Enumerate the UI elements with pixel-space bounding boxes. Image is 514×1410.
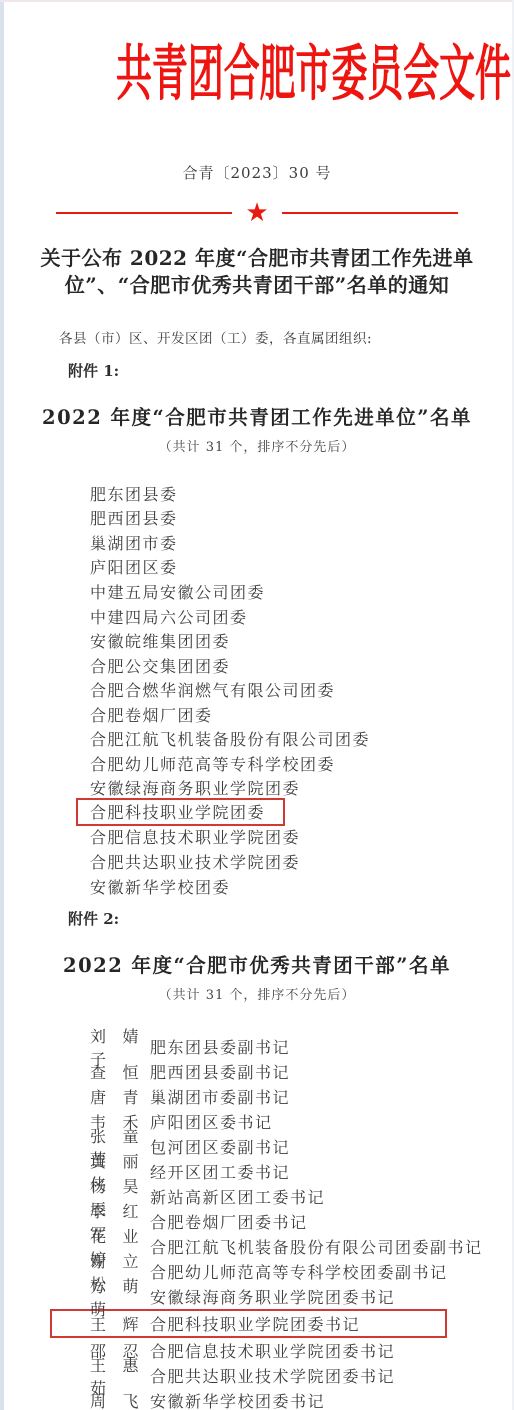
unit-list-item: 安徽皖维集团团委	[90, 628, 514, 653]
outstanding-cadre-list: 刘婧子肥东团县委副书记查恒肥西团县委副书记唐青巢湖团市委副书记韦禾庐阳团区委书记…	[0, 1034, 514, 1410]
divider-line-left	[56, 212, 232, 214]
unit-list-item: 肥东团县委	[90, 481, 514, 506]
cadre-list-item: 花业婷合肥江航飞机装备股份有限公司团委副书记	[90, 1234, 514, 1259]
cadre-position: 庐阳团区委书记	[150, 1110, 273, 1133]
unit-name: 合肥公交集团团委	[90, 654, 230, 677]
cadre-position: 巢湖团市委副书记	[150, 1085, 290, 1108]
cadre-list-item: 张童莲包河团区委副书记	[90, 1134, 514, 1159]
unit-name: 合肥共达职业技术学院团委	[90, 850, 300, 873]
cadre-name: 唐青	[90, 1085, 140, 1108]
screenshot-edge-top	[0, 0, 514, 2]
unit-name: 安徽皖维集团团委	[90, 629, 230, 652]
cadre-list-item: 韦禾庐阳团区委书记	[90, 1109, 514, 1134]
unit-name: 庐阳团区委	[90, 555, 178, 578]
unit-list-item: 合肥江航飞机装备股份有限公司团委	[90, 726, 514, 751]
highlighted-unit-box: 合肥科技职业学院团委	[76, 798, 285, 826]
unit-name: 中建四局六公司团委	[90, 605, 248, 628]
cadre-list-item: 王惠茹合肥共达职业技术学院团委书记	[90, 1363, 514, 1388]
unit-list-item: 中建五局安徽公司团委	[90, 579, 514, 604]
cadre-name: 王辉	[90, 1312, 140, 1335]
addressee-line: 各县（市）区、开发区团（工）委，各直属团组织:	[59, 327, 514, 347]
cadre-list-item: 刘婧子肥东团县委副书记	[90, 1034, 514, 1059]
unit-name: 合肥江航飞机装备股份有限公司团委	[90, 727, 370, 750]
unit-name: 巢湖团市委	[90, 531, 178, 554]
unit-name: 合肥卷烟厂团委	[90, 703, 213, 726]
highlighted-cadre-box: 王辉合肥科技职业学院团委书记	[50, 1309, 447, 1338]
attachment2-subheading: （共计 31 个，排序不分先后）	[0, 984, 514, 1003]
unit-list-item: 巢湖团市委	[90, 530, 514, 555]
attachment2-heading: 2022 年度“合肥市优秀共青团干部”名单	[0, 953, 514, 979]
advanced-unit-list: 肥东团县委肥西团县委巢湖团市委庐阳团区委中建五局安徽公司团委中建四局六公司团委安…	[0, 481, 514, 898]
divider-line-right	[282, 212, 458, 214]
cadre-list-item: 周飞安徽新华学校团委书记	[90, 1388, 514, 1410]
unit-name: 合肥信息技术职业学院团委	[90, 825, 300, 848]
notice-title-line1: 关于公布 2022 年度“合肥市共青团工作先进单	[0, 245, 514, 272]
cadre-list-item: 唐青巢湖团市委副书记	[90, 1084, 514, 1109]
unit-list-item: 合肥卷烟厂团委	[90, 702, 514, 727]
unit-list-item: 合肥合燃华润燃气有限公司团委	[90, 677, 514, 702]
unit-list-item: 合肥信息技术职业学院团委	[90, 825, 514, 850]
document-page: 共青团合肥市委员会文件 合青〔2023〕30 号 ★ 关于公布 2022 年度“…	[0, 0, 514, 1410]
cadre-list-item: 杨昊辰新站高新区团工委书记	[90, 1184, 514, 1209]
unit-list-item: 合肥共达职业技术学院团委	[90, 849, 514, 874]
attachment2-label: 附件 2:	[68, 908, 514, 929]
cadre-position: 肥东团县委副书记	[150, 1035, 290, 1058]
cadre-list-item: 查恒肥西团县委副书记	[90, 1059, 514, 1084]
cadre-position: 合肥卷烟厂团委书记	[150, 1210, 308, 1233]
unit-name: 安徽绿海商务职业学院团委	[90, 776, 300, 799]
header-divider: ★	[56, 200, 458, 226]
notice-title-line2: 位”、“合肥市优秀共青团干部”名单的通知	[0, 272, 514, 299]
cadre-list-item: 邵忍合肥信息技术职业学院团委书记	[90, 1338, 514, 1363]
unit-name: 合肥合燃华润燃气有限公司团委	[90, 678, 335, 701]
attachment1-label: 附件 1:	[68, 360, 514, 381]
unit-list-item: 肥西团县委	[90, 506, 514, 531]
cadre-list-item: 方萌萌安徽绿海商务职业学院团委书记	[90, 1284, 514, 1309]
unit-list-item: 庐阳团区委	[90, 555, 514, 580]
unit-name: 肥东团县委	[90, 482, 178, 505]
cadre-list-item: 谢立松合肥幼儿师范高等专科学校团委副书记	[90, 1259, 514, 1284]
cadre-position: 合肥科技职业学院团委书记	[150, 1312, 360, 1335]
attachment1-heading: 2022 年度“合肥市共青团工作先进单位”名单	[0, 405, 514, 431]
notice-title: 关于公布 2022 年度“合肥市共青团工作先进单 位”、“合肥市优秀共青团干部”…	[0, 245, 514, 299]
doc-number: 合青〔2023〕30 号	[0, 162, 514, 183]
cadre-position: 合肥幼儿师范高等专科学校团委副书记	[150, 1260, 448, 1283]
cadre-name: 查恒	[90, 1060, 140, 1083]
unit-name: 中建五局安徽公司团委	[90, 580, 265, 603]
unit-name: 安徽新华学校团委	[90, 875, 230, 898]
cadre-position: 合肥信息技术职业学院团委书记	[150, 1339, 395, 1362]
unit-name: 合肥幼儿师范高等专科学校团委	[90, 752, 335, 775]
cadre-position: 安徽绿海商务职业学院团委书记	[150, 1285, 395, 1308]
document-masthead: 共青团合肥市委员会文件	[0, 42, 514, 110]
unit-list-item: 安徽绿海商务职业学院团委	[90, 776, 514, 801]
cadre-position: 合肥共达职业技术学院团委书记	[150, 1364, 395, 1387]
unit-list-item: 合肥幼儿师范高等专科学校团委	[90, 751, 514, 776]
masthead-title: 共青团合肥市委员会文件	[116, 40, 511, 108]
cadre-position: 合肥江航飞机装备股份有限公司团委副书记	[150, 1235, 483, 1258]
cadre-position: 经开区团工委书记	[150, 1160, 290, 1183]
cadre-position: 新站高新区团工委书记	[150, 1185, 325, 1208]
cadre-position: 安徽新华学校团委书记	[150, 1389, 325, 1410]
unit-list-item: 安徽新华学校团委	[90, 874, 514, 899]
unit-list-item: 合肥科技职业学院团委	[90, 800, 514, 825]
cadre-position: 包河团区委副书记	[150, 1135, 290, 1158]
cadre-position: 肥西团县委副书记	[150, 1060, 290, 1083]
unit-name: 肥西团县委	[90, 506, 178, 529]
cadre-name: 周飞	[90, 1389, 140, 1410]
unit-list-item: 中建四局六公司团委	[90, 604, 514, 629]
cadre-list-item: 黄丽侠经开区团工委书记	[90, 1159, 514, 1184]
cadre-list-item: 李红军合肥卷烟厂团委书记	[90, 1209, 514, 1234]
attachment1-subheading: （共计 31 个，排序不分先后）	[0, 436, 514, 455]
screenshot-edge-left	[0, 0, 4, 1410]
unit-list-item: 合肥公交集团团委	[90, 653, 514, 678]
star-icon: ★	[245, 200, 268, 226]
